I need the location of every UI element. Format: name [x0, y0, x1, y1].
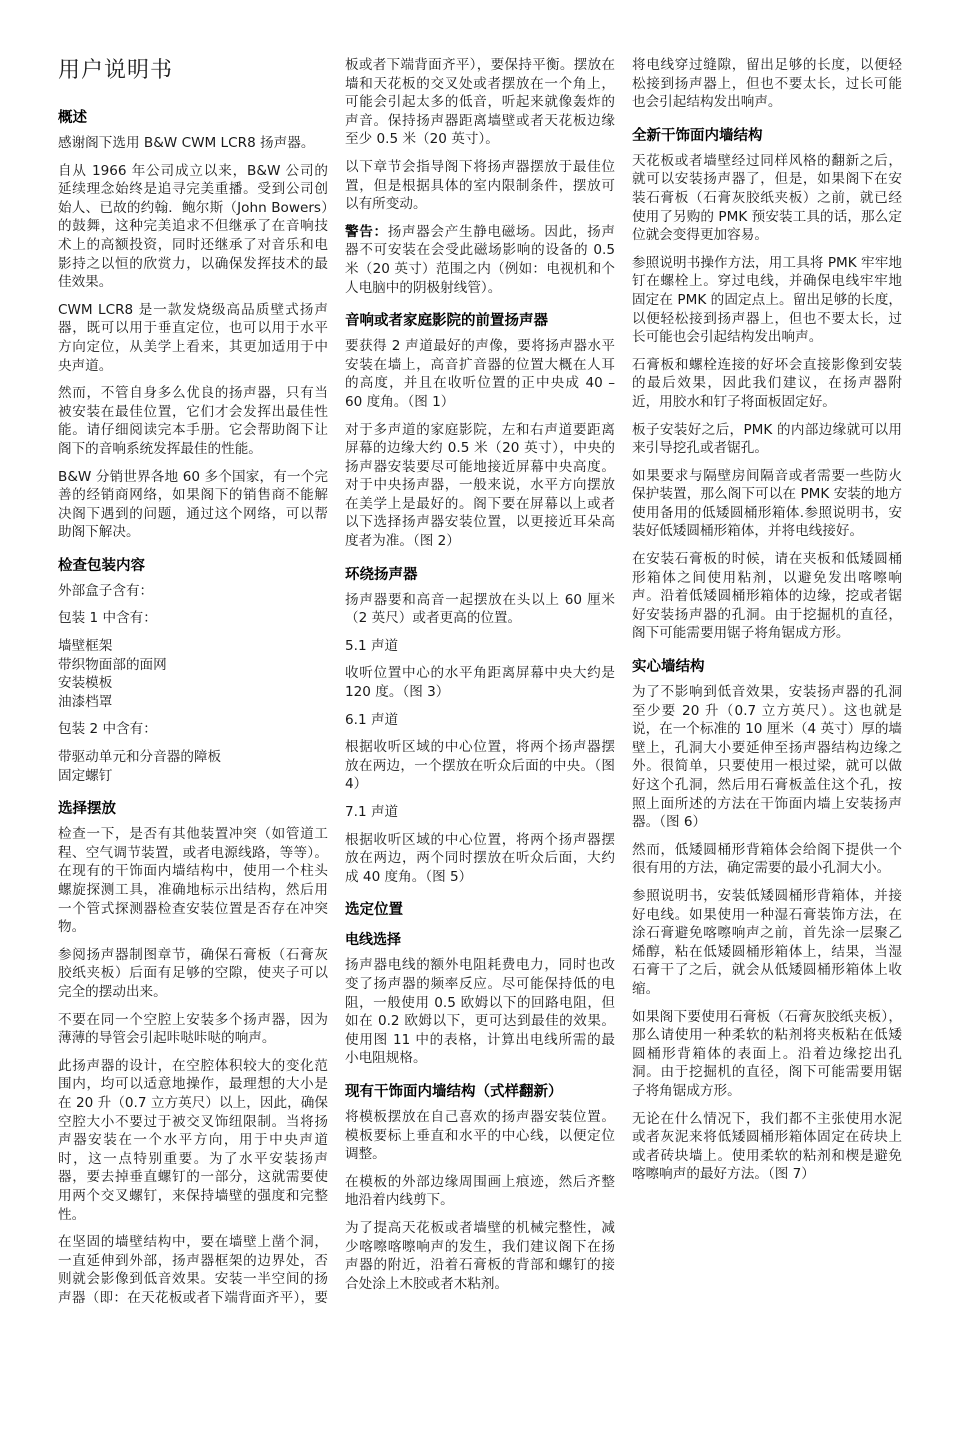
- paragraph: 感谢阁下选用 B&W CWM LCR8 扬声器。: [58, 134, 328, 153]
- heading-surround-speakers: 环绕扬声器: [345, 565, 615, 585]
- list-item: 安装模板: [58, 675, 112, 691]
- paragraph: 要获得 2 声道最好的声像，要将扬声器水平安装在墙上，高音扩音器的位置大概在人耳…: [345, 337, 615, 411]
- paragraph: 将电线穿过缝隙，留出足够的长度，以便轻松接到扬声器上，但也不要太长，过长可能也会…: [632, 56, 902, 112]
- subheading-7-1: 7.1 声道: [345, 803, 615, 822]
- heading-overview: 概述: [58, 108, 328, 128]
- paragraph: 包装 1 中含有：: [58, 609, 328, 628]
- paragraph: 根据收听区域的中心位置，将两个扬声器摆放在两边，一个摆放在听众后面的中央。（图 …: [345, 738, 615, 794]
- paragraph: 此扬声器的设计，在空腔体积较大的变化范围内，均可以适意地操作，最理想的大小是在 …: [58, 1057, 328, 1224]
- paragraph: 扬声器电线的额外电阻耗费电力，同时也改变了扬声器的频率反应。尽可能保持低的电阻，…: [345, 956, 615, 1068]
- paragraph: 自从 1966 年公司成立以来，B&W 公司的延续理念始终是追寻完美重播。受到公…: [58, 162, 328, 292]
- paragraph: 板子安装好之后，PMK 的内部边缘就可以用来引导挖孔或者锯孔。: [632, 421, 902, 458]
- subheading-6-1: 6.1 声道: [345, 711, 615, 730]
- column-2: 板或者下端背面齐平），要保持平衡。摆放在墙和天花板的交叉处或者摆放在一个角上，可…: [345, 56, 615, 1302]
- paragraph: B&W 分销世界各地 60 多个国家，有一个完善的经销商网络，如果阁下的销售商不…: [58, 468, 328, 542]
- paragraph: 参照说明书操作方法，用工具将 PMK 牢牢地钉在螺栓上。穿过电线，并确保电线牢牢…: [632, 254, 902, 347]
- paragraph: 参阅扬声器制图章节，确保石膏板（石膏灰胶纸夹板）后面有足够的空隙，使夹子可以完全…: [58, 946, 328, 1002]
- pack2-list: 带驱动单元和分音器的障板 固定螺钉: [58, 748, 328, 785]
- paragraph: 石膏板和螺栓连接的好坏会直接影像到安装的最后效果，因此我们建议，在扬声器附近，用…: [632, 356, 902, 412]
- heading-cable: 电线选择: [345, 930, 615, 950]
- paragraph: 在坚固的墙壁结构中，要在墙壁上凿个洞，一直延伸到外部，扬声器框架的边界处，否则就…: [58, 1233, 328, 1307]
- paragraph: 为了不影响到低音效果，安装扬声器的孔洞至少要 20 升（0.7 立方英尺）。这也…: [632, 683, 902, 832]
- warning-label: 警告：: [345, 224, 388, 240]
- paragraph: 收听位置中心的水平角距离屏幕中央大约是 120 度。（图 3）: [345, 664, 615, 701]
- paragraph: 在模板的外部边缘周围画上痕迹，然后齐整地沿着内线剪下。: [345, 1173, 615, 1210]
- paragraph: 对于多声道的家庭影院，左和右声道要距离屏幕的边缘大约 0.5 米（20 英寸），…: [345, 421, 615, 551]
- paragraph: 参照说明书，安装低矮圆桶形背箱体，并接好电线。如果使用一种湿石膏装饰方法，在涂石…: [632, 887, 902, 999]
- paragraph: 根据收听区域的中心位置，将两个扬声器摆放在两边，两个同时摆放在听众后面，大约成 …: [345, 831, 615, 887]
- paragraph: 无论在什么情况下，我们都不主张使用水泥或者灰泥来将低矮圆桶形箱体固定在砖块上或者…: [632, 1110, 902, 1184]
- heading-positioning: 选定位置: [345, 900, 615, 920]
- paragraph: 如果要求与隔壁房间隔音或者需要一些防火保护装置，那么阁下可以在 PMK 安装的地…: [632, 467, 902, 541]
- list-item: 固定螺钉: [58, 768, 112, 784]
- paragraph: 为了提高天花板或者墙壁的机械完整性，减少喀嚓喀嚓响声的发生，我们建议阁下在扬声器…: [345, 1219, 615, 1293]
- list-item: 油漆档罩: [58, 694, 112, 710]
- list-item: 带驱动单元和分音器的障板: [58, 749, 221, 765]
- heading-solid-wall: 实心墙结构: [632, 657, 902, 677]
- heading-existing-drywall: 现有干饰面内墙结构（式样翻新）: [345, 1082, 615, 1102]
- heading-contents: 检查包装内容: [58, 556, 328, 576]
- manual-page: 用户说明书 概述 感谢阁下选用 B&W CWM LCR8 扬声器。 自从 196…: [0, 0, 954, 1433]
- paragraph: 然而，低矮圆桶形背箱体会给阁下提供一个很有用的方法，确定需要的最小孔洞大小。: [632, 841, 902, 878]
- paragraph: 如果阁下要使用石膏板（石膏灰胶纸夹板），那么请使用一种柔软的粘剂将夹板粘在低矮圆…: [632, 1008, 902, 1101]
- paragraph: 然而，不管自身多么优良的扬声器，只有当被安装在最佳位置，它们才会发挥出最佳性能。…: [58, 384, 328, 458]
- list-item: 墙壁框架: [58, 638, 112, 654]
- list-item: 带织物面部的面网: [58, 657, 167, 673]
- paragraph: 天花板或者墙壁经过同样风格的翻新之后，就可以安装扬声器了，但是，如果阁下在安装石…: [632, 152, 902, 245]
- paragraph: 扬声器要和高音一起摆放在头以上 60 厘米（2 英尺）或者更高的位置。: [345, 591, 615, 628]
- column-3: 将电线穿过缝隙，留出足够的长度，以便轻松接到扬声器上，但也不要太长，过长可能也会…: [632, 56, 902, 1193]
- paragraph: 将模板摆放在自己喜欢的扬声器安装位置。模板要标上垂直和水平的中心线，以便定位调整…: [345, 1108, 615, 1164]
- paragraph-continued: 板或者下端背面齐平），要保持平衡。摆放在墙和天花板的交叉处或者摆放在一个角上，可…: [345, 56, 615, 149]
- heading-front-speakers: 音响或者家庭影院的前置扬声器: [345, 311, 615, 331]
- paragraph: 检查一下，是否有其他装置冲突（如管道工程、空气调节装置，或者电源线路，等等）。在…: [58, 825, 328, 937]
- subheading-5-1: 5.1 声道: [345, 637, 615, 656]
- paragraph: 以下章节会指导阁下将扬声器摆放于最佳位置，但是根据具体的室内限制条件，摆放可以有…: [345, 158, 615, 214]
- page-title: 用户说明书: [58, 56, 328, 86]
- pack1-list: 墙壁框架 带织物面部的面网 安装模板 油漆档罩: [58, 637, 328, 711]
- warning-paragraph: 警告：扬声器会产生静电磁场。因此，扬声器不可安装在会受此磁场影响的设备的 0.5…: [345, 223, 615, 297]
- paragraph: 在安装石膏板的时候，请在夹板和低矮圆桶形箱体之间使用粘剂，以避免发出喀嚓响声。沿…: [632, 550, 902, 643]
- paragraph: 不要在同一个空腔上安装多个扬声器，因为薄薄的导管会引起咔哒咔哒的响声。: [58, 1011, 328, 1048]
- column-1: 用户说明书 概述 感谢阁下选用 B&W CWM LCR8 扬声器。 自从 196…: [58, 56, 328, 1316]
- heading-placement: 选择摆放: [58, 799, 328, 819]
- paragraph: 外部盒子含有：: [58, 582, 328, 601]
- paragraph: 包装 2 中含有：: [58, 720, 328, 739]
- heading-new-drywall: 全新干饰面内墙结构: [632, 126, 902, 146]
- paragraph: CWM LCR8 是一款发烧级高品质壁式扬声器，既可以用于垂直定位，也可以用于水…: [58, 301, 328, 375]
